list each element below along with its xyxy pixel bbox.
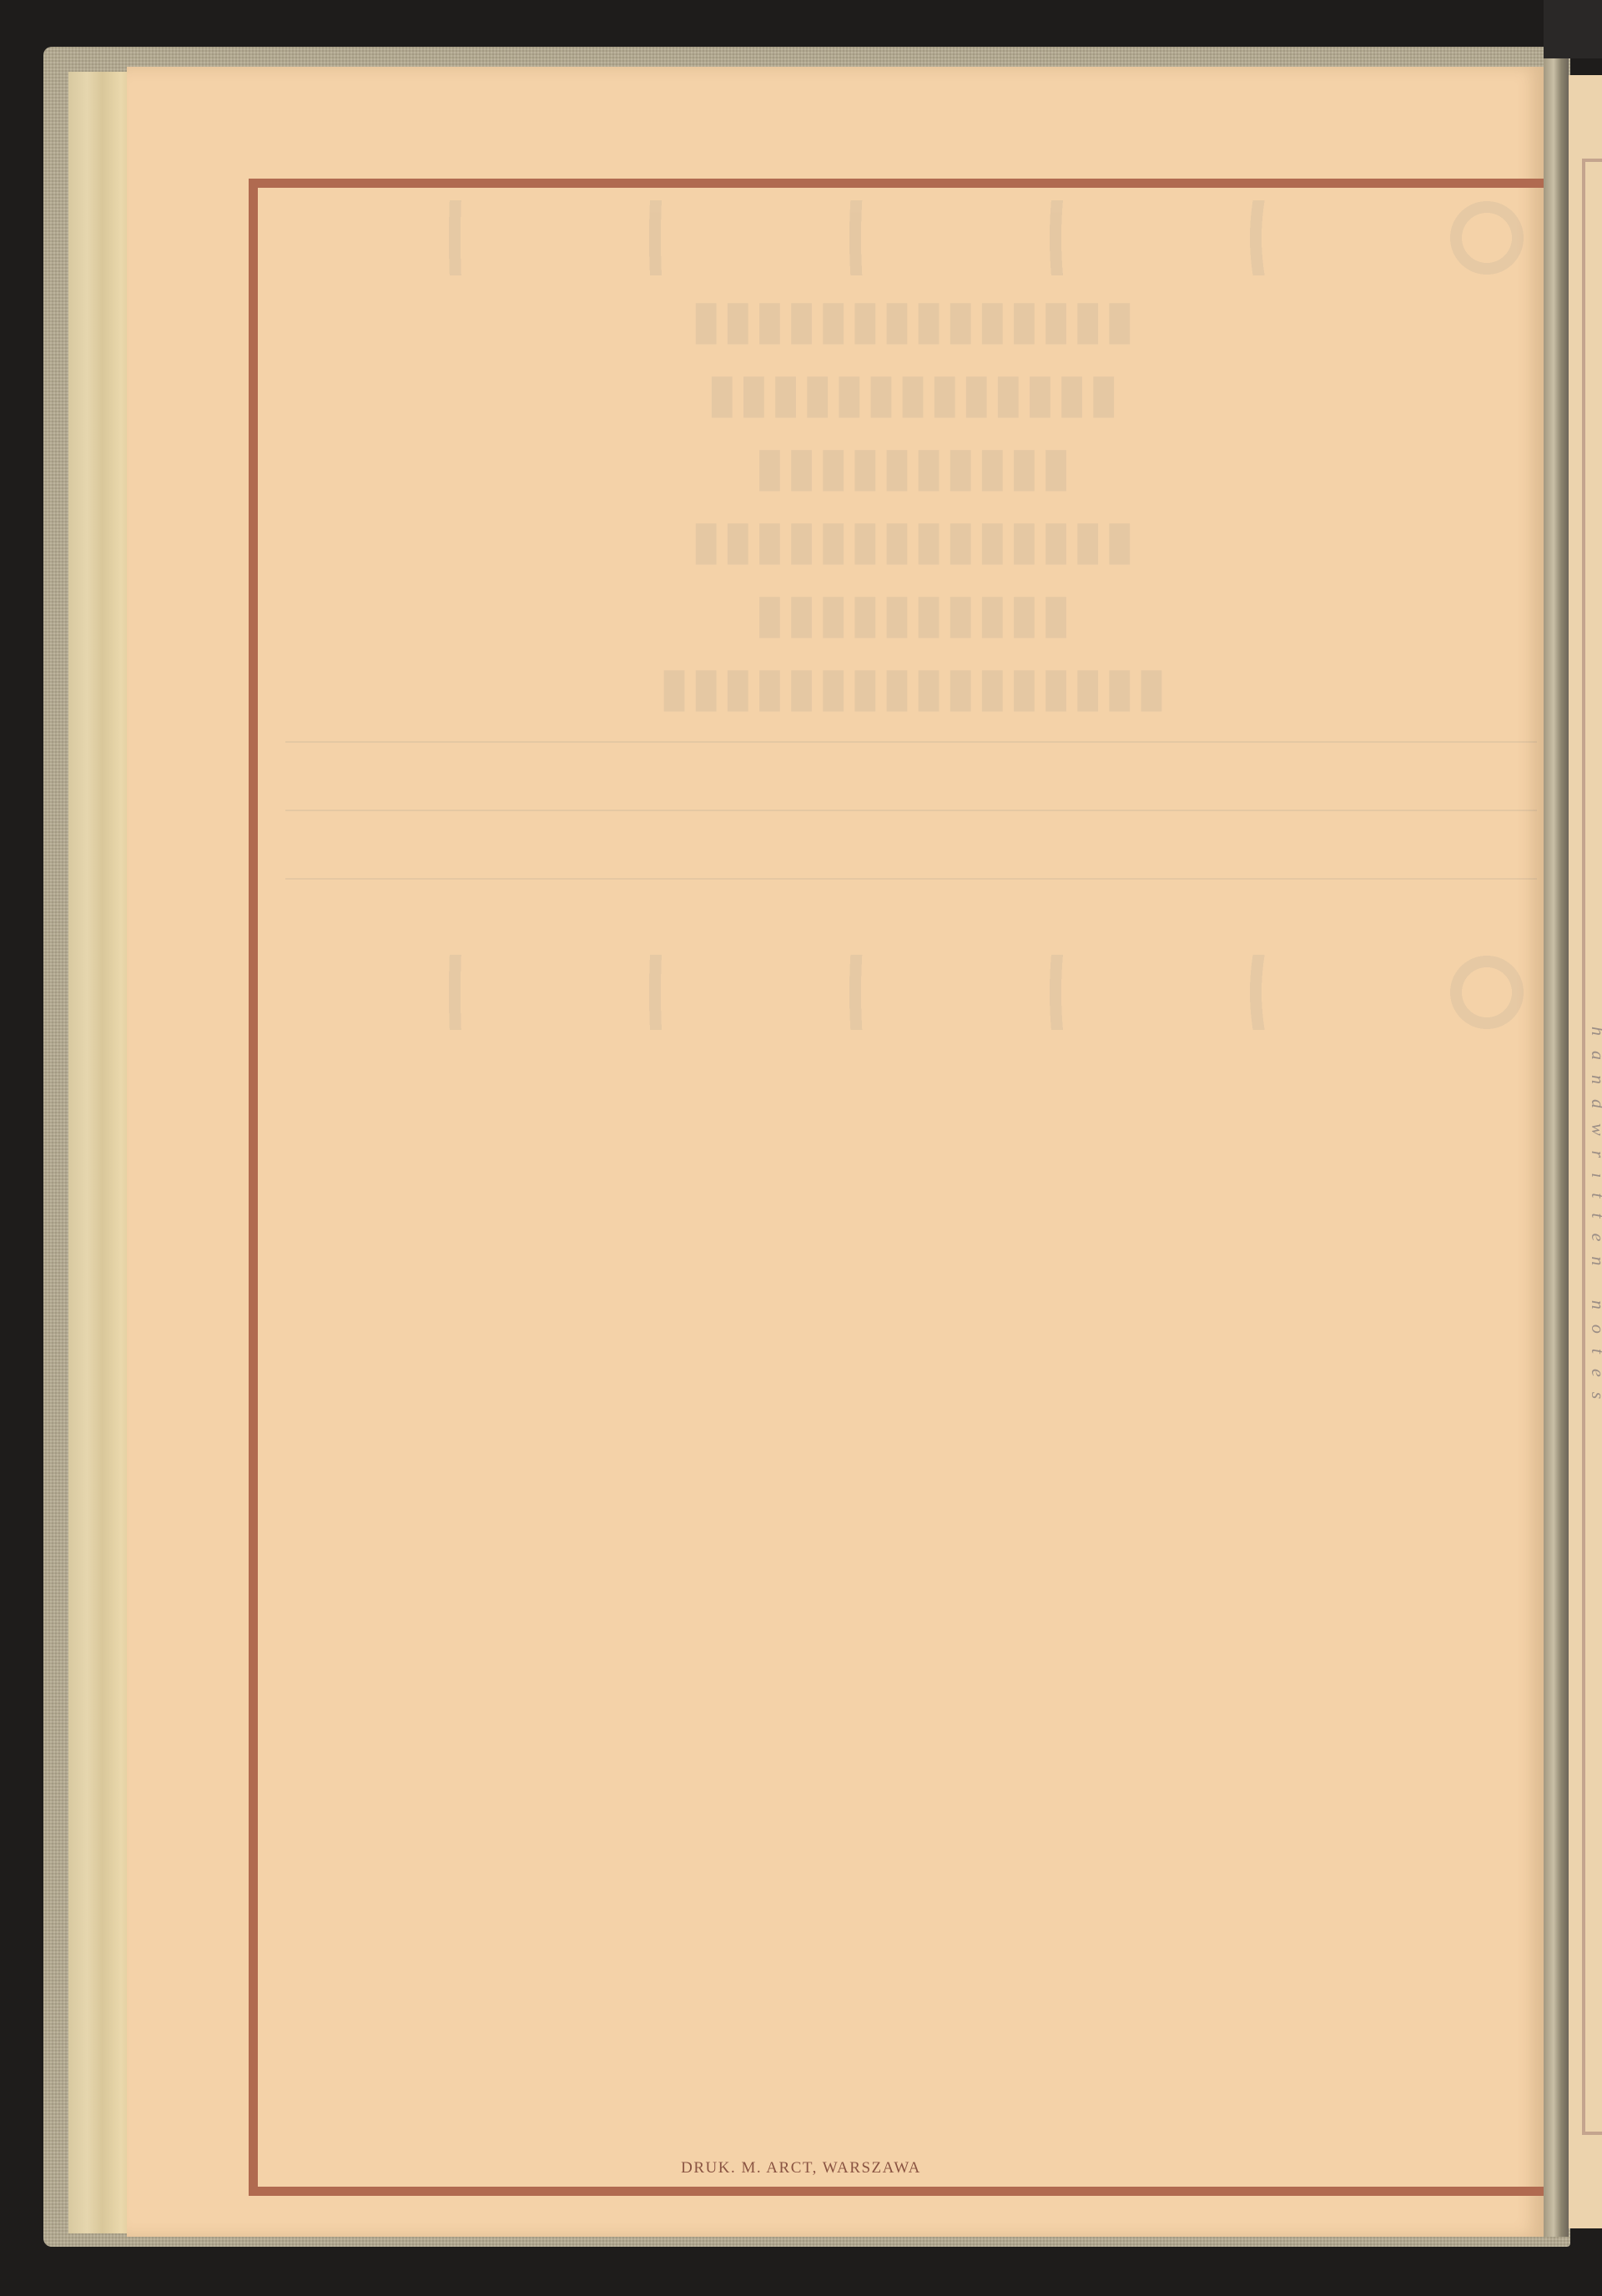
adjacent-page-handwriting: handwritten notes (1587, 1027, 1602, 1414)
spine-shadow (1544, 0, 1602, 58)
printer-imprint: DRUK. M. ARCT, WARSZAWA (0, 2159, 1602, 2177)
adjacent-page-strip: handwritten notes (1569, 75, 1602, 2228)
book-page: ▮▮▮▮▮▮▮▮▮▮▮▮▮▮ ▮▮▮▮▮▮▮▮▮▮▮▮▮ ▮▮▮▮▮▮▮▮▮▮ … (127, 67, 1544, 2237)
decorative-frame (249, 179, 1575, 2196)
book-gutter (1544, 58, 1569, 2237)
